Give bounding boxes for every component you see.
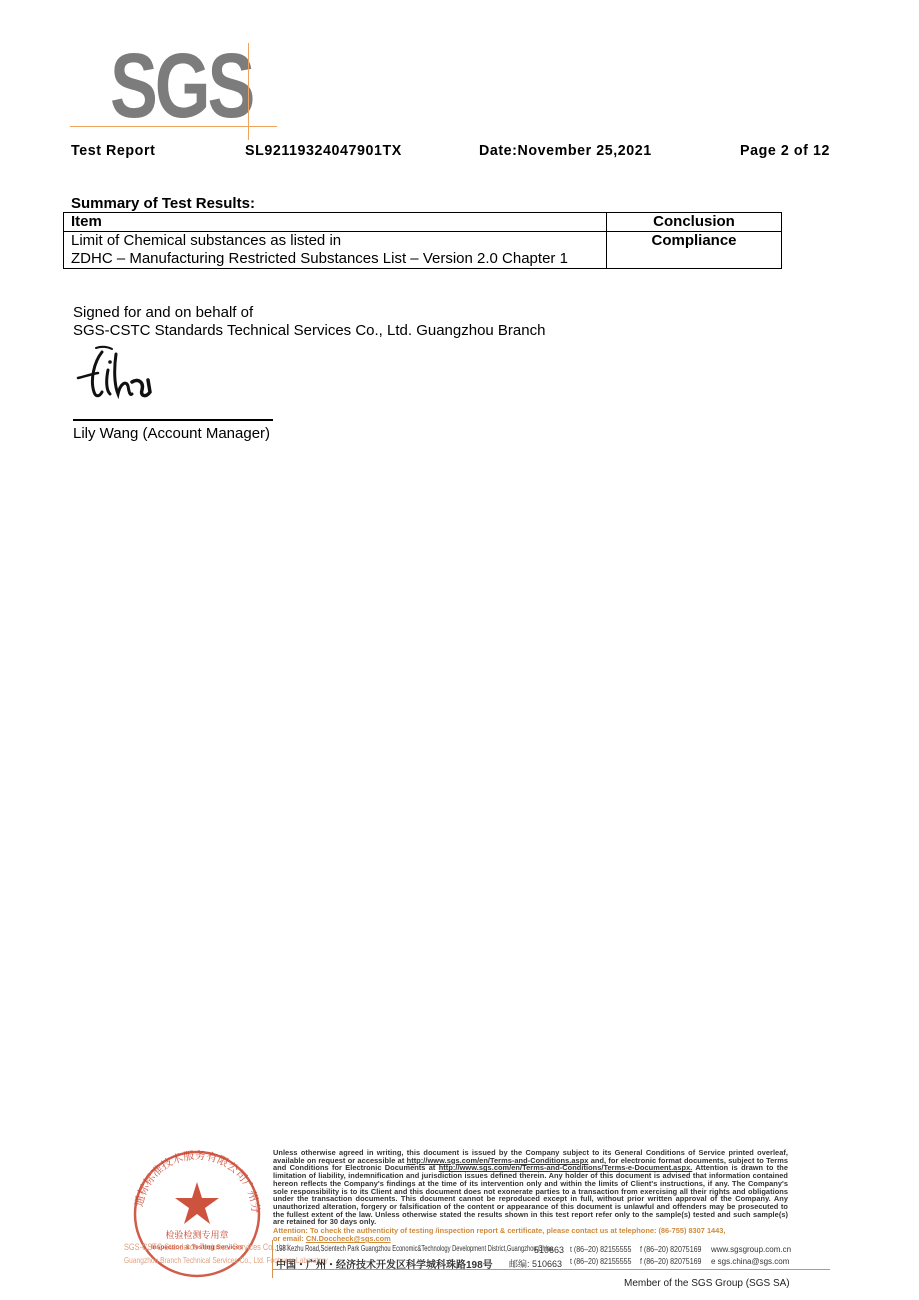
stamp-center-cn: 检验检测专用章 — [165, 1229, 228, 1241]
telephone: t (86–20) 82155555 — [570, 1245, 631, 1254]
report-number: SL92119324047901TX — [245, 142, 402, 159]
column-header-conclusion: Conclusion — [607, 213, 782, 232]
logo-horizontal-rule — [70, 126, 277, 127]
sgs-logo: SGS — [110, 40, 252, 132]
signed-on-behalf-label: Signed for and on behalf of — [73, 304, 253, 321]
telephone: t (86–20) 82155555 — [570, 1257, 631, 1266]
item-cell: Limit of Chemical substances as listed i… — [64, 232, 607, 269]
signing-company: SGS-CSTC Standards Technical Services Co… — [73, 322, 545, 339]
postal-code-en: 510663 — [534, 1245, 564, 1255]
fax: f (86–20) 82075169 — [640, 1257, 701, 1266]
fax: f (86–20) 82075169 — [640, 1245, 701, 1254]
doccheck-email-link[interactable]: CN.Doccheck@sgs.com — [306, 1234, 391, 1243]
legal-disclaimer: Unless otherwise agreed in writing, this… — [273, 1149, 788, 1226]
item-line-2: ZDHC – Manufacturing Restricted Substanc… — [71, 250, 599, 268]
summary-heading: Summary of Test Results: — [71, 195, 255, 212]
sgs-group-membership: Member of the SGS Group (SGS SA) — [624, 1278, 790, 1289]
logo-vertical-rule — [248, 43, 249, 140]
legal-text: Attention is drawn to the limitation of … — [273, 1163, 788, 1226]
column-header-item: Item — [64, 213, 607, 232]
table-row: Limit of Chemical substances as listed i… — [64, 232, 782, 269]
stamp-caption-company: SGS-CSTC Standards Technical Services Co… — [124, 1242, 291, 1252]
contact-email-link[interactable]: e sgs.china@sgs.com — [711, 1257, 789, 1266]
summary-table: Item Conclusion Limit of Chemical substa… — [63, 212, 782, 269]
attention-email-prefix: or email: — [273, 1234, 306, 1243]
item-line-1: Limit of Chemical substances as listed i… — [71, 232, 599, 250]
signature-line — [73, 419, 273, 421]
report-date: Date:November 25,2021 — [479, 142, 652, 159]
footer-horizontal-rule — [272, 1269, 830, 1270]
website-link[interactable]: www.sgsgroup.com.cn — [711, 1245, 791, 1254]
conclusion-cell: Compliance — [607, 232, 782, 269]
address-english: 198 Kezhu Road,Scientech Park Guangzhou … — [276, 1244, 553, 1253]
page-indicator: Page 2 of 12 — [740, 142, 830, 159]
authenticity-notice: Attention: To check the authenticity of … — [273, 1227, 803, 1243]
table-header-row: Item Conclusion — [64, 213, 782, 232]
handwritten-signature — [72, 340, 162, 410]
signer-name: Lily Wang (Account Manager) — [73, 425, 270, 442]
footer-vertical-rule — [272, 1240, 273, 1278]
report-title: Test Report — [71, 142, 155, 159]
